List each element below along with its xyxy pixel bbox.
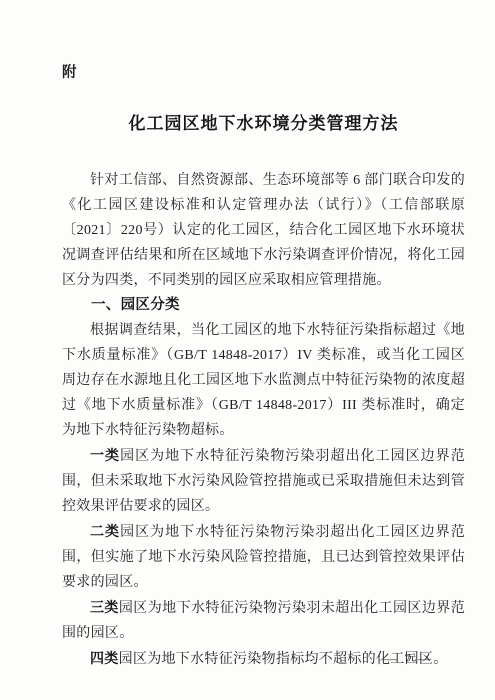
class-2-text: 园区为地下水特征污染物污染羽超出化工园区边界范围，但实施了地下水污染风险管控措施…	[62, 525, 465, 590]
class-3-paragraph: 三类园区为地下水特征污染物污染羽未超出化工园区边界范围的园区。	[62, 595, 465, 646]
attachment-label: 附	[62, 64, 465, 82]
class-1-lead: 一类	[90, 447, 120, 463]
class-2-paragraph: 二类园区为地下水特征污染物污染羽超出化工园区边界范围，但实施了地下水污染风险管控…	[62, 519, 465, 595]
page-number: — 7 —	[384, 651, 433, 667]
document-page: 附 化工园区地下水环境分类管理方法 针对工信部、自然资源部、生态环境部等 6 部…	[0, 0, 495, 700]
class-3-lead: 三类	[90, 599, 119, 615]
criteria-paragraph: 根据调查结果，当化工园区的地下水特征污染指标超过《地下水质量标准》（GB/T 1…	[62, 318, 465, 443]
class-1-text: 园区为地下水特征污染物污染羽超出化工园区边界范围，但未采取地下水污染风险管控措施…	[62, 449, 465, 514]
document-body: 针对工信部、自然资源部、生态环境部等 6 部门联合印发的《化工园区建设标准和认定…	[62, 168, 465, 672]
document-title: 化工园区地下水环境分类管理方法	[62, 112, 465, 136]
class-2-lead: 二类	[90, 523, 120, 539]
class-4-lead: 四类	[90, 650, 119, 666]
intro-paragraph: 针对工信部、自然资源部、生态环境部等 6 部门联合印发的《化工园区建设标准和认定…	[62, 168, 465, 293]
class-3-text: 园区为地下水特征污染物污染羽未超出化工园区边界范围的园区。	[62, 601, 465, 641]
section-heading-park-classification: 一、园区分类	[62, 293, 465, 318]
class-1-paragraph: 一类园区为地下水特征污染物污染羽超出化工园区边界范围，但未采取地下水污染风险管控…	[62, 443, 465, 519]
